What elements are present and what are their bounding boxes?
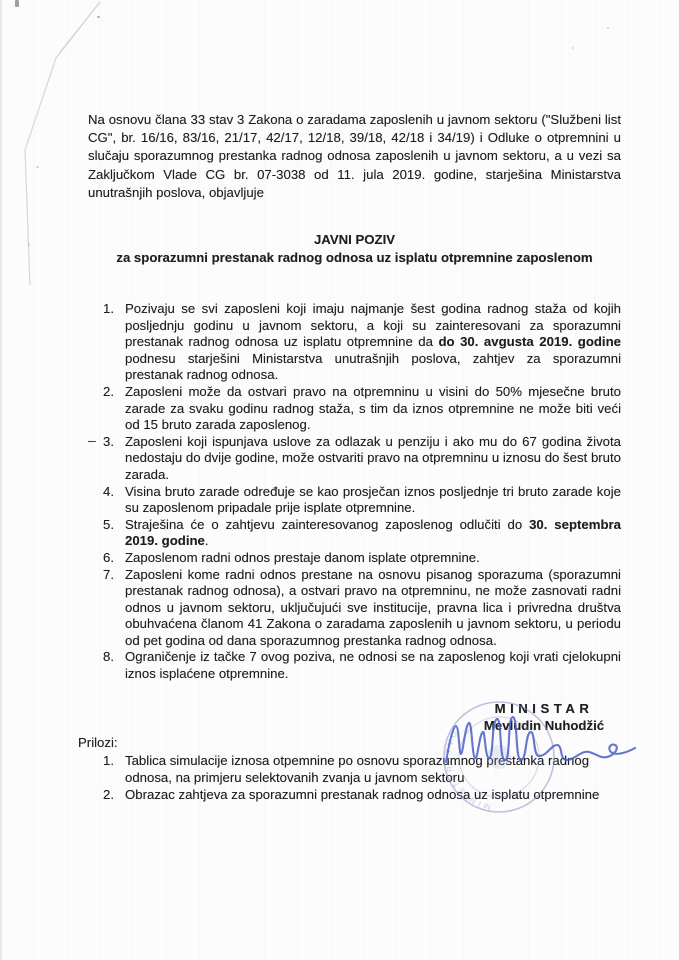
scanned-document-page: Na osnovu člana 33 stav 3 Zakona o zarad… [0,0,679,960]
list-item: 4. Visina bruto zarade određuje se kao p… [88,484,621,517]
item-text: Pozivaju se svi zaposleni koji imaju naj… [125,301,621,384]
item-number: 8. [88,649,125,682]
scan-speck [607,27,609,29]
title-block: JAVNI POZIV za sporazumni prestanak radn… [88,231,621,267]
list-item: 5. Straješina će o zahtjevu zainteresova… [88,517,621,550]
item-number: 4. [88,484,125,517]
list-item: 2. Zaposleni može da ostvari pravo na ot… [88,384,621,434]
item-number: 2. [88,786,125,803]
item-number: 7. [88,567,125,650]
scan-edge-shade [0,0,3,960]
item-number: 6. [88,550,125,567]
document-title: JAVNI POZIV [88,231,621,249]
item-text: Zaposleni koji ispunjava uslove za odlaz… [125,434,621,484]
list-item: 8. Ograničenje iz tačke 7 ovog poziva, n… [88,649,621,682]
item-number: 1. [88,301,125,384]
scan-speck [572,47,574,49]
attachments-label: Prilozi: [78,735,118,752]
item-text: Straješina će o zahtjevu zainteresovanog… [125,517,621,550]
item-text-segment: Straješina će o zahtjevu zainteresovanog… [125,517,529,532]
signature-icon [438,712,643,780]
item-number: 2. [88,384,125,434]
item-text: Zaposleni kome radni odnos prestane na o… [125,567,621,650]
list-item: – 3. Zaposleni koji ispunjava uslove za … [88,434,621,484]
item-text: Zaposleni može da ostvari pravo na otpre… [125,384,621,434]
item-text: Visina bruto zarade određuje se kao pros… [125,484,621,517]
item-text-segment: . [205,533,209,548]
item-text-segment: podnesu starješini Ministarstva unutrašn… [125,351,621,383]
scan-speck [97,16,100,18]
item-text: Ograničenje iz tačke 7 ovog poziva, ne o… [125,649,621,682]
numbered-list: 1. Pozivaju se svi zaposleni koji imaju … [88,301,621,683]
scan-speck [28,243,30,246]
document-subtitle: za sporazumni prestanak radnog odnosa uz… [88,249,621,267]
list-item: 6. Zaposlenom radni odnos prestaje danom… [88,550,621,567]
minister-signature [438,712,643,780]
list-item: 7. Zaposleni kome radni odnos prestane n… [88,567,621,650]
item-number: 1. [88,752,125,786]
bold-deadline-date: do 30. avgusta 2019. godine [438,334,621,349]
item-number: 5. [88,517,125,550]
scan-speck [36,166,39,168]
scan-speck [15,0,19,7]
list-item: 1. Pozivaju se svi zaposleni koji imaju … [88,301,621,384]
intro-paragraph: Na osnovu člana 33 stav 3 Zakona o zarad… [88,111,621,202]
pen-mark: – [88,432,96,449]
item-text: Zaposlenom radni odnos prestaje danom is… [125,550,621,567]
